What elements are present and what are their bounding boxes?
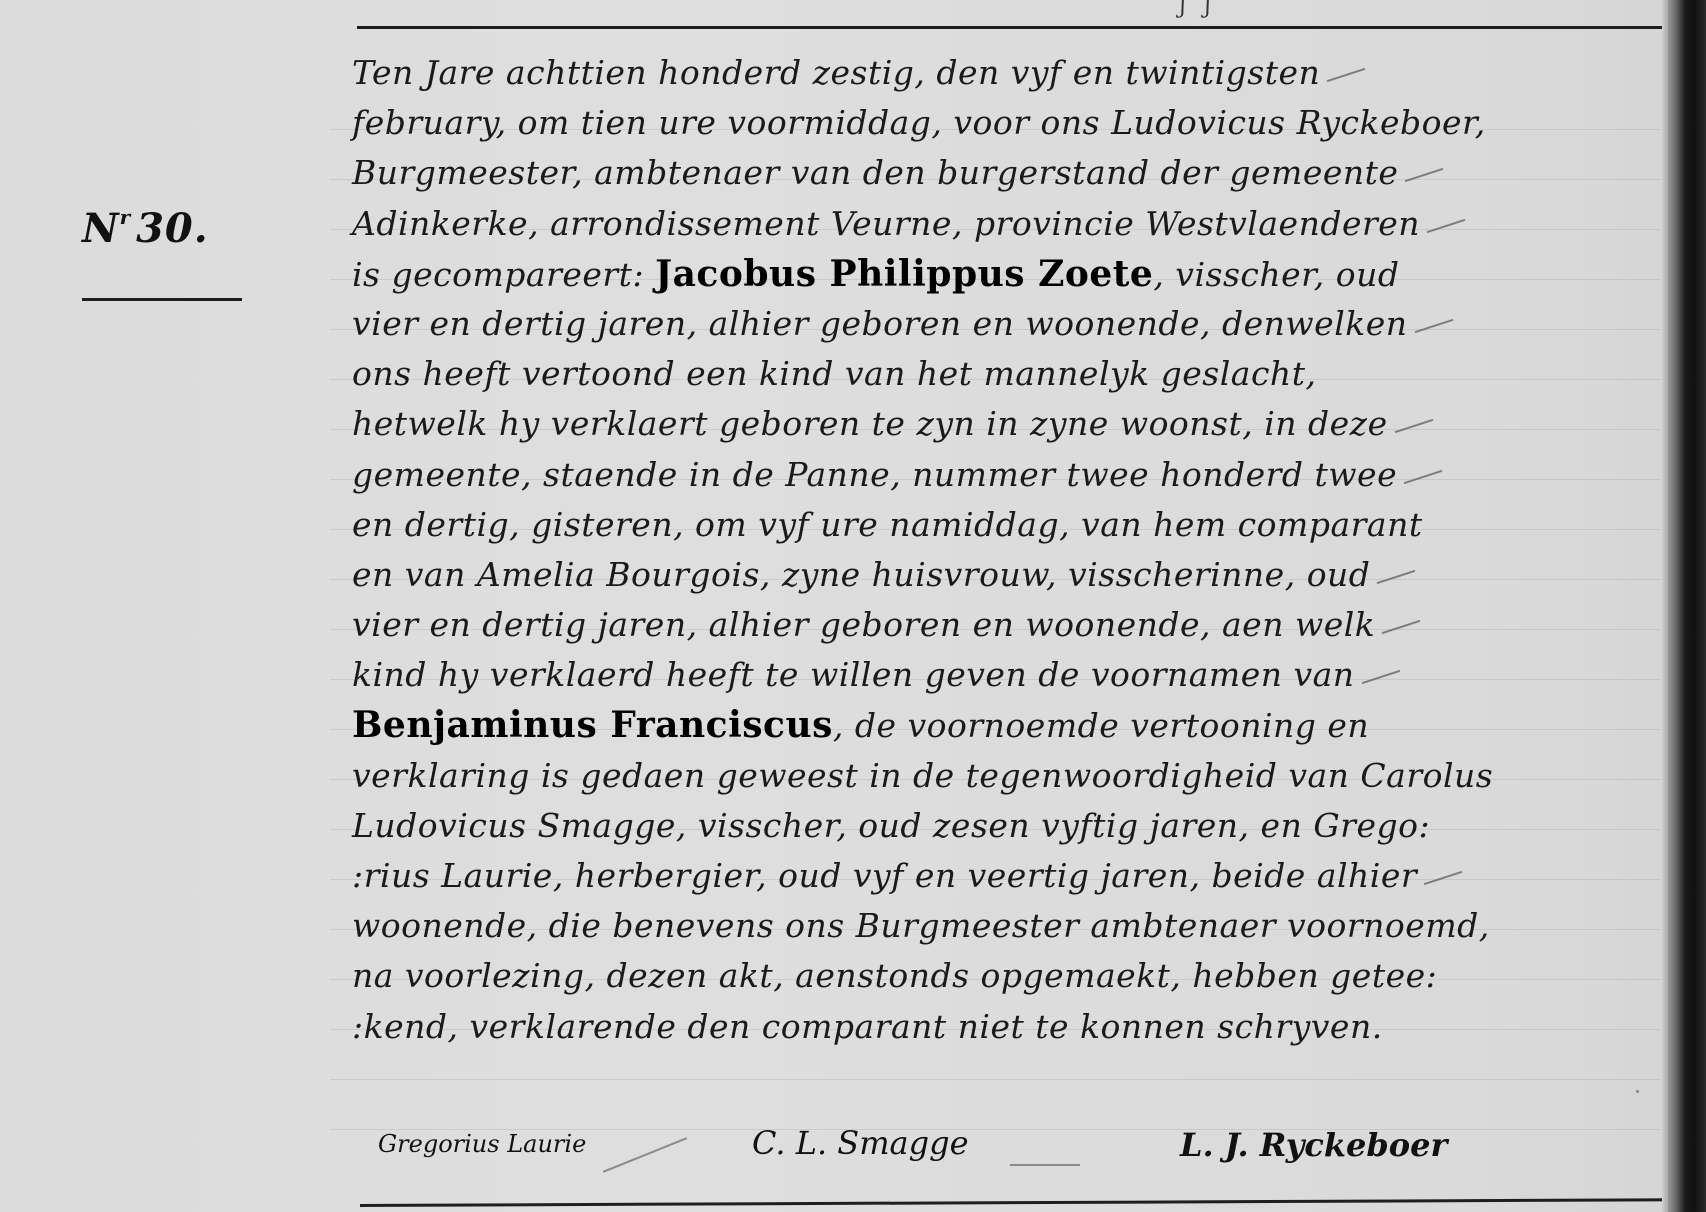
record-line: vier en dertig jaren, alhier geboren en … bbox=[352, 600, 1652, 650]
record-line: en van Amelia Bourgois, zyne huisvrouw, … bbox=[352, 550, 1652, 600]
line-text: february, om tien ure voormiddag, voor o… bbox=[352, 103, 1486, 142]
line-text: na voorlezing, dezen akt, aenstonds opge… bbox=[352, 956, 1437, 995]
entry-number: Nr 30. bbox=[82, 205, 209, 252]
line-text: vier en dertig jaren, alhier geboren en … bbox=[352, 605, 1375, 644]
line-text: is gecompareert: bbox=[352, 255, 655, 294]
record-line: ons heeft vertoond een kind van het mann… bbox=[352, 349, 1652, 399]
line-end-flourish bbox=[1404, 469, 1443, 483]
signature-mayor-ryckeboer: L. J. Ryckeboer bbox=[1180, 1126, 1447, 1164]
line-text: , de voornoemde vertooning en bbox=[833, 706, 1369, 745]
line-end-flourish bbox=[1405, 168, 1444, 182]
entry-number-prefix: N bbox=[82, 205, 120, 252]
record-line: Ten Jare achttien honderd zestig, den vy… bbox=[352, 48, 1652, 98]
record-line: hetwelk hy verklaert geboren te zyn in z… bbox=[352, 399, 1652, 449]
line-text: , visscher, oud bbox=[1153, 255, 1399, 294]
record-line: Adinkerke, arrondissement Veurne, provin… bbox=[352, 199, 1652, 249]
line-text: Ten Jare achttien honderd zestig, den vy… bbox=[352, 53, 1320, 92]
child-name: Benjaminus Franciscus bbox=[352, 704, 833, 746]
line-text: gemeente, staende in de Panne, nummer tw… bbox=[352, 455, 1397, 494]
line-text: :rius Laurie, herbergier, oud vyf en vee… bbox=[352, 856, 1417, 895]
record-line: Benjaminus Franciscus, de voornoemde ver… bbox=[352, 700, 1652, 750]
line-text: verklaring is gedaen geweest in de tegen… bbox=[352, 756, 1493, 795]
record-line: Burgmeester, ambtenaer van den burgersta… bbox=[352, 148, 1652, 198]
entry-number-underline bbox=[82, 298, 242, 301]
line-text: :kend, verklarende den comparant niet te… bbox=[352, 1007, 1383, 1046]
book-binding bbox=[1668, 0, 1706, 1212]
signature-row: Gregorius Laurie C. L. Smagge L. J. Ryck… bbox=[0, 1130, 1706, 1190]
record-line: kind hy verklaerd heeft te willen geven … bbox=[352, 650, 1652, 700]
record-line: Ludovicus Smagge, visscher, oud zesen vy… bbox=[352, 801, 1652, 851]
line-text: hetwelk hy verklaert geboren te zyn in z… bbox=[352, 404, 1388, 443]
line-text: ons heeft vertoond een kind van het mann… bbox=[352, 354, 1316, 393]
record-line: february, om tien ure voormiddag, voor o… bbox=[352, 98, 1652, 148]
record-line: na voorlezing, dezen akt, aenstonds opge… bbox=[352, 951, 1652, 1001]
record-line: :kend, verklarende den comparant niet te… bbox=[352, 1002, 1652, 1052]
record-line: gemeente, staende in de Panne, nummer tw… bbox=[352, 450, 1652, 500]
bottom-divider-rule bbox=[360, 1198, 1670, 1207]
top-ink-fragment: ʃ ʃ bbox=[1180, 0, 1217, 19]
father-name: Jacobus Philippus Zoete bbox=[655, 253, 1153, 295]
line-end-flourish bbox=[1382, 620, 1421, 634]
line-text: en dertig, gisteren, om vyf ure namiddag… bbox=[352, 505, 1423, 544]
record-line: vier en dertig jaren, alhier geboren en … bbox=[352, 299, 1652, 349]
signature-swash bbox=[603, 1137, 687, 1173]
line-end-flourish bbox=[1394, 419, 1433, 433]
line-end-flourish bbox=[1424, 871, 1463, 885]
record-line: woonende, die benevens ons Burgmeester a… bbox=[352, 901, 1652, 951]
line-end-flourish bbox=[1414, 319, 1453, 333]
line-end-flourish bbox=[1327, 68, 1366, 82]
line-text: vier en dertig jaren, alhier geboren en … bbox=[352, 304, 1408, 343]
line-text: kind hy verklaerd heeft te willen geven … bbox=[352, 655, 1355, 694]
line-text: Ludovicus Smagge, visscher, oud zesen vy… bbox=[352, 806, 1430, 845]
record-line: en dertig, gisteren, om vyf ure namiddag… bbox=[352, 500, 1652, 550]
entry-number-value: 30. bbox=[136, 205, 209, 252]
signature-witness-laurie: Gregorius Laurie bbox=[378, 1130, 586, 1158]
signature-swash bbox=[1010, 1164, 1080, 1166]
record-line: verklaring is gedaen geweest in de tegen… bbox=[352, 751, 1652, 801]
signature-witness-smagge: C. L. Smagge bbox=[752, 1124, 969, 1162]
line-text: en van Amelia Bourgois, zyne huisvrouw, … bbox=[352, 555, 1370, 594]
record-line: :rius Laurie, herbergier, oud vyf en vee… bbox=[352, 851, 1652, 901]
record-line: is gecompareert: Jacobus Philippus Zoete… bbox=[352, 249, 1652, 299]
record-body: Ten Jare achttien honderd zestig, den vy… bbox=[352, 48, 1652, 1052]
register-page: ʃ ʃ Nr 30. Ten Jare achttien honderd zes… bbox=[0, 0, 1706, 1212]
top-divider-rule bbox=[357, 26, 1667, 29]
line-text: Burgmeester, ambtenaer van den burgersta… bbox=[352, 153, 1398, 192]
entry-number-suffix: r bbox=[120, 205, 132, 229]
line-end-flourish bbox=[1427, 218, 1466, 232]
line-end-flourish bbox=[1377, 570, 1416, 584]
line-end-flourish bbox=[1361, 670, 1400, 684]
line-text: woonende, die benevens ons Burgmeester a… bbox=[352, 906, 1490, 945]
ink-speck bbox=[1636, 1090, 1639, 1093]
line-text: Adinkerke, arrondissement Veurne, provin… bbox=[352, 204, 1420, 243]
